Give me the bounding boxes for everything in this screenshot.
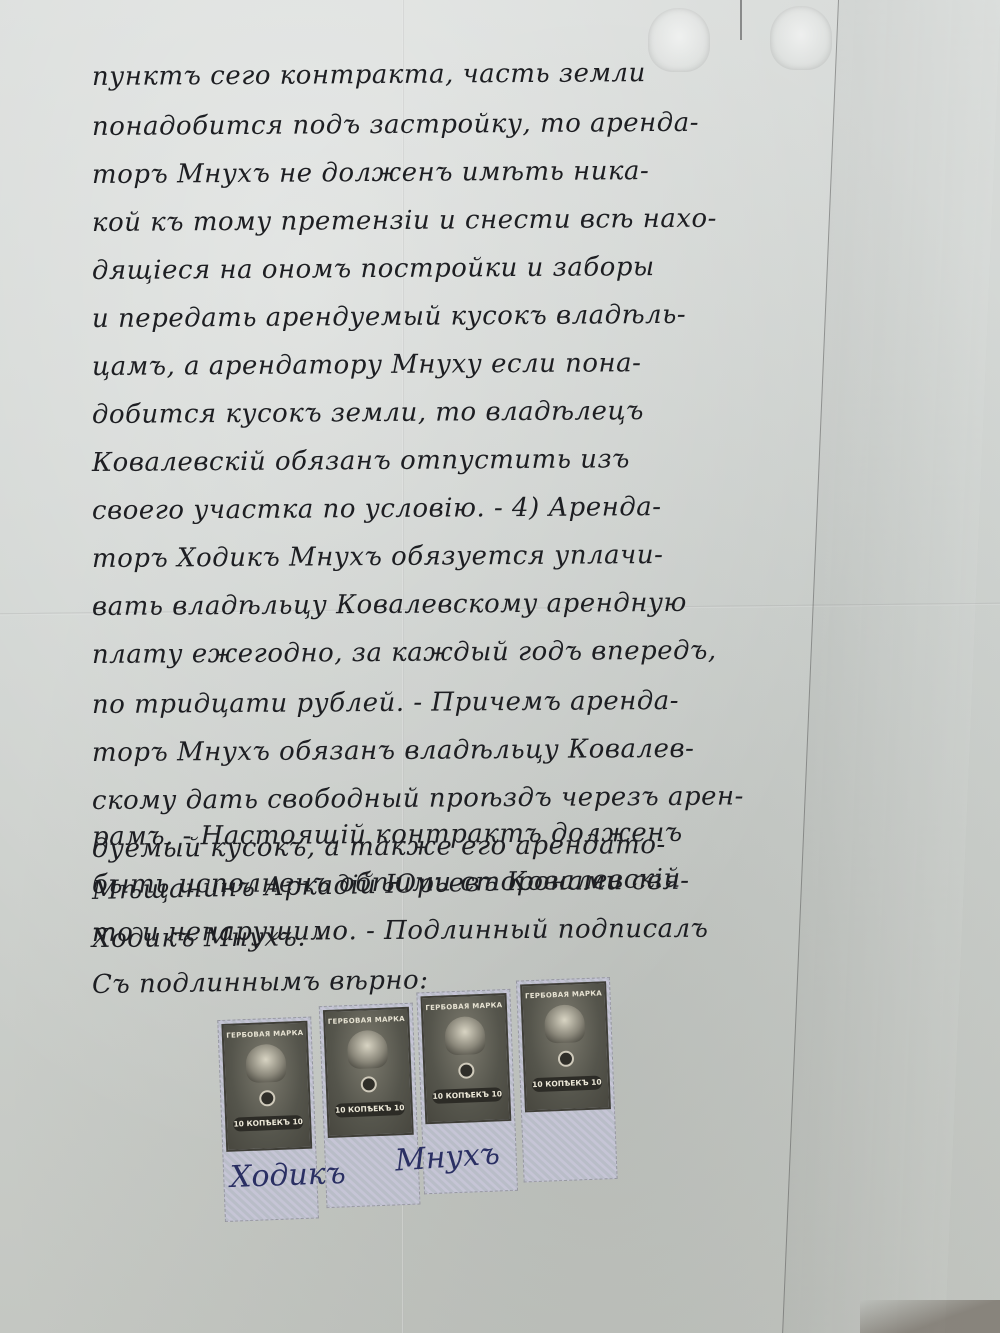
stamp-value: 10 КОПѢЕКЪ 10 [532, 1075, 602, 1092]
handwritten-line: плату ежегодно, за каждый годъ впередъ, [92, 636, 717, 670]
handwritten-line: понадобится подъ застройку, то аренда- [92, 108, 699, 142]
handwritten-line: своего участка по условію. - 4) Аренда- [92, 492, 662, 526]
signature-first-name: Ходикъ [229, 1156, 346, 1195]
double-headed-eagle-icon [361, 1076, 378, 1093]
stamp-value: 10 КОПѢЕКЪ 10 [233, 1115, 303, 1132]
handwritten-line: добится кусокъ земли, то владѣлецъ [92, 396, 644, 430]
handwritten-line: вать владѣльцу Ковалевскому арендную [92, 588, 687, 622]
crown-icon [347, 1030, 388, 1070]
stamp-design: ГЕРБОВАЯ МАРКА 10 КОПѢЕКЪ 10 [420, 993, 511, 1124]
crown-icon [245, 1044, 286, 1084]
stamp-design: ГЕРБОВАЯ МАРКА 10 КОПѢЕКЪ 10 [520, 981, 611, 1112]
revenue-stamp: ГЕРБОВАЯ МАРКА 10 КОПѢЕКЪ 10 [516, 977, 618, 1182]
crown-icon [444, 1016, 485, 1056]
signature-block-line: Ходикъ Мнухъ. - [92, 922, 324, 954]
handwritten-line: цамъ, а арендатору Мнуху если пона- [92, 348, 642, 382]
handwritten-line: скому дать свободный проѣздъ черезъ арен… [92, 781, 744, 816]
handwritten-line: Ковалевскій обязанъ отпустить изъ [92, 444, 630, 478]
handwritten-line: торъ Ходикъ Мнухъ обязуется уплачи- [92, 540, 664, 574]
stamp-value: 10 КОПѢЕКЪ 10 [335, 1101, 405, 1118]
handwritten-line: торъ Мнухъ не долженъ имѣть ника- [92, 156, 649, 190]
stamp-design: ГЕРБОВАЯ МАРКА 10 КОПѢЕКЪ 10 [221, 1021, 312, 1152]
handwritten-line: по тридцати рублей. - Причемъ аренда- [92, 686, 679, 720]
handwritten-line: дящіеся на ономъ постройки и заборы [92, 252, 655, 286]
table-surface-shadow [860, 1300, 1000, 1333]
signature-last-name: Мнухъ [394, 1136, 501, 1178]
handwritten-line: пунктъ сего контракта, часть земли [92, 58, 646, 92]
stamp-design: ГЕРБОВАЯ МАРКА 10 КОПѢЕКЪ 10 [323, 1007, 414, 1138]
double-headed-eagle-icon [259, 1090, 276, 1107]
document-page: пунктъ сего контракта, часть землипонадо… [0, 0, 1000, 1333]
handwritten-line: и передать арендуемый кусокъ владѣль- [92, 300, 686, 334]
stamp-title: ГЕРБОВАЯ МАРКА [522, 989, 604, 1000]
handwritten-body: пунктъ сего контракта, часть землипонадо… [0, 0, 1000, 1000]
handwritten-line: торъ Мнухъ обязанъ владѣльцу Ковалев- [92, 734, 695, 768]
stamp-value: 10 КОПѢЕКЪ 10 [432, 1087, 502, 1104]
handwritten-line: рамъ. - Настоящій контрактъ долженъ [92, 818, 683, 852]
stamp-title: ГЕРБОВАЯ МАРКА [325, 1015, 407, 1026]
double-headed-eagle-icon [458, 1062, 475, 1079]
handwritten-line: кой къ тому претензіи и снести всѣ нахо- [92, 204, 717, 238]
stamp-title: ГЕРБОВАЯ МАРКА [224, 1029, 306, 1040]
crown-icon [544, 1004, 585, 1044]
double-headed-eagle-icon [558, 1050, 575, 1067]
stamp-title: ГЕРБОВАЯ МАРКА [423, 1001, 505, 1012]
